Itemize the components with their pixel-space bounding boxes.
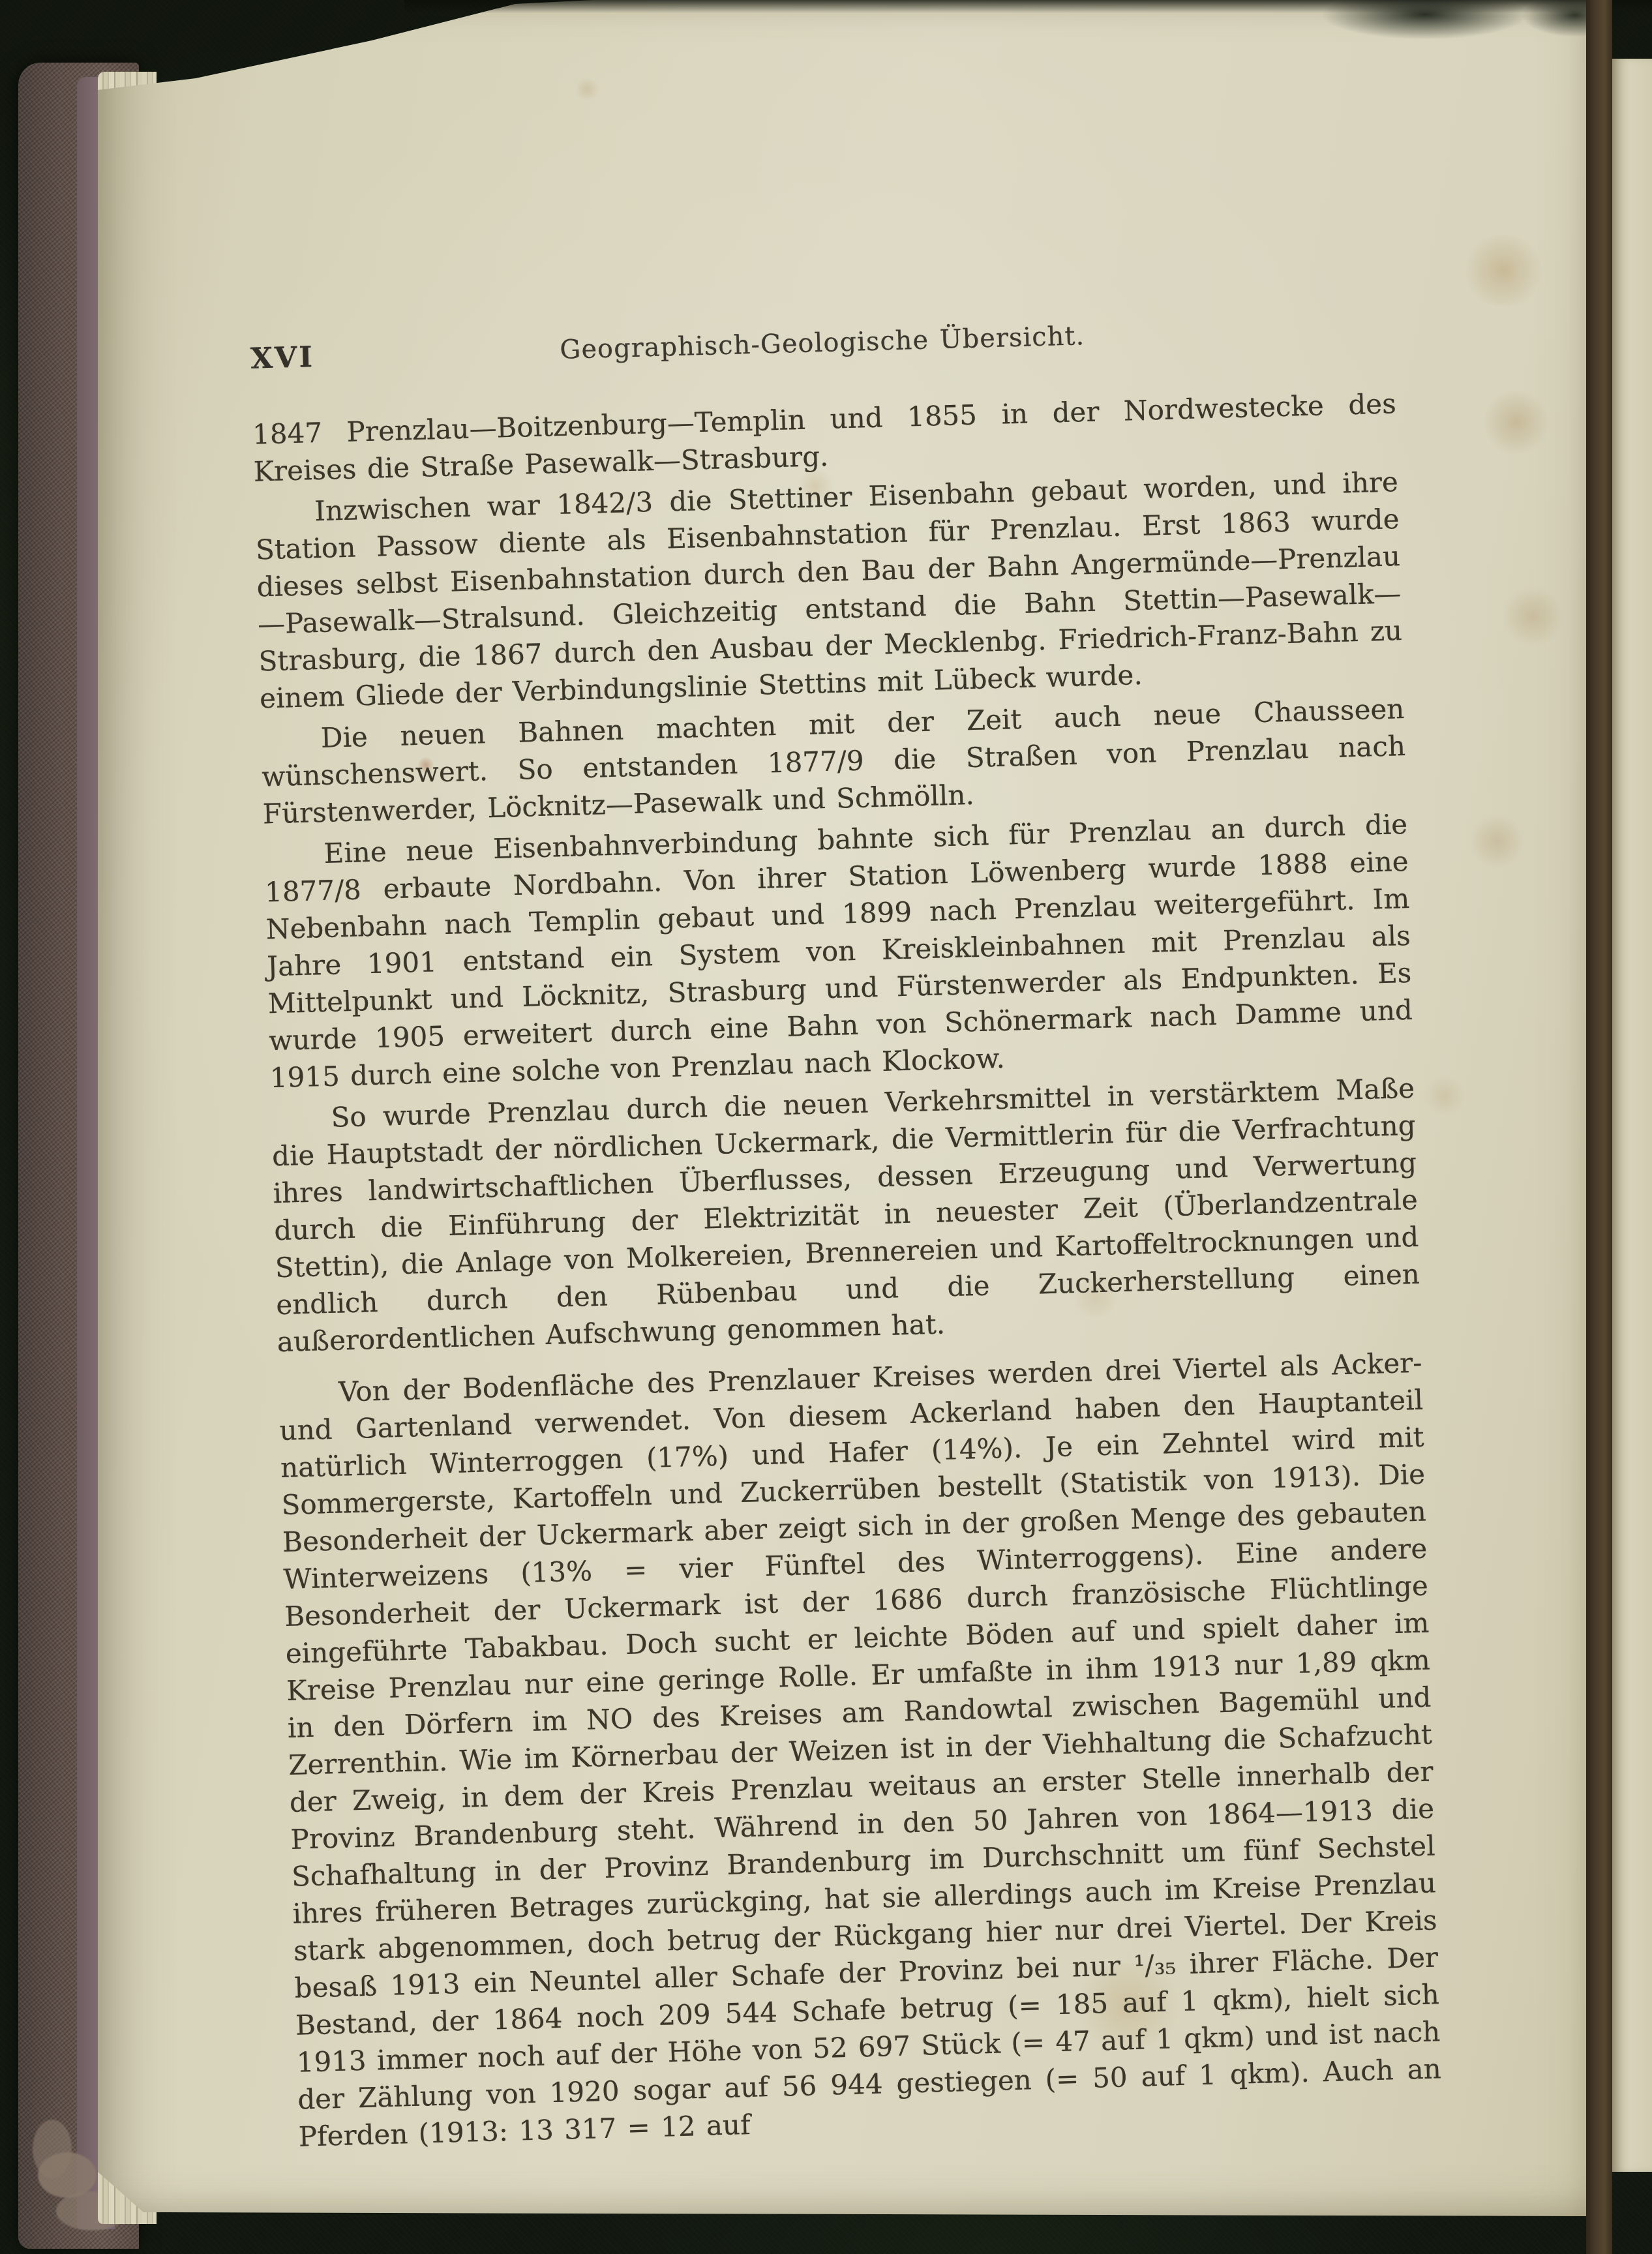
paragraph: So wurde Prenzlau durch die neuen Verkeh… — [271, 1070, 1421, 1360]
page-number: XVI — [250, 338, 314, 378]
top-edge-shadow — [404, 0, 1652, 13]
paragraph: Von der Bodenfläche des Prenzlauer Kreis… — [278, 1344, 1443, 2156]
cover-fray — [33, 2120, 72, 2178]
page-gap-shadow — [1586, 0, 1612, 2254]
paragraph: Inzwischen war 1842/3 die Stettiner Eise… — [254, 463, 1404, 717]
facing-page-edge — [1612, 59, 1652, 2172]
page-text: XVI Geographisch-Geologische Übersicht. … — [250, 309, 1443, 2159]
paragraph: Eine neue Eisenbahnverbindung bahnte sic… — [263, 805, 1414, 1096]
